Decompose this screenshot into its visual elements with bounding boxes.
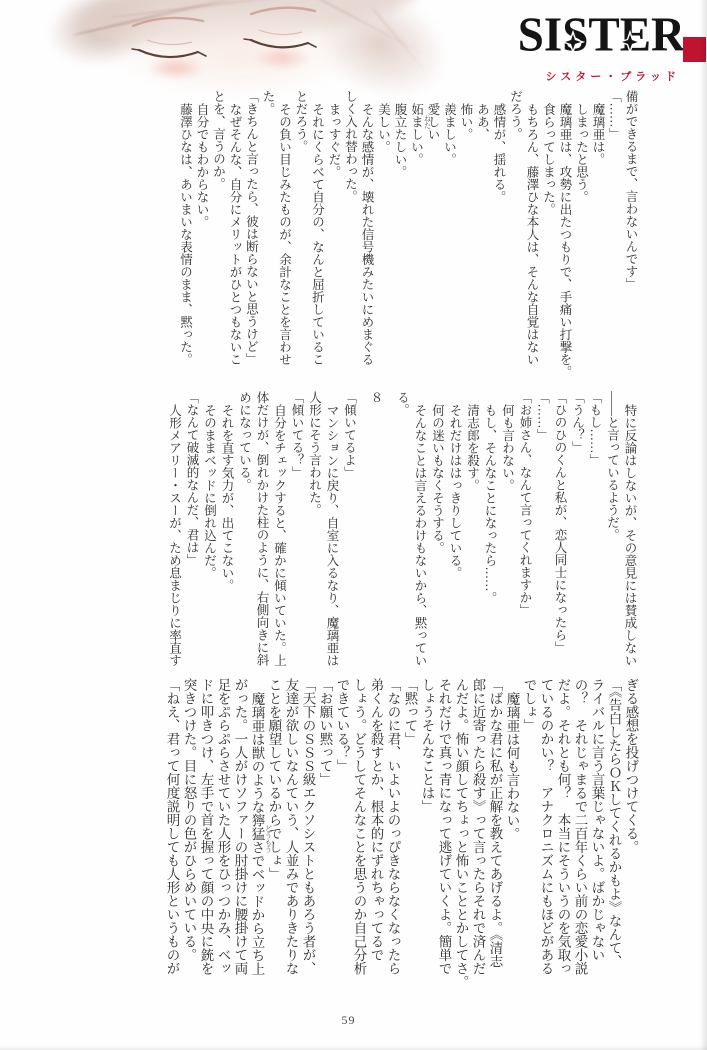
text-line: 「お願い黙って」 bbox=[318, 678, 332, 993]
text-line: 突きつけた。目に怒りの色がひらめいている。 bbox=[182, 678, 196, 993]
text-line: しまったと思う。 bbox=[575, 90, 588, 382]
text-line: 羨ましい。 bbox=[443, 90, 456, 382]
text-line: 弟くんを殺すとか、根本的にずれちゃってるで bbox=[369, 678, 383, 993]
text-line: それだけははっきりしている。 bbox=[449, 391, 462, 669]
text-line: の？ それじゃまるで二百年くらい前の恋愛小説 bbox=[573, 678, 587, 993]
text-line: 魔璃亜は獣のような獰猛さでベッドから立ち上どうもう bbox=[250, 678, 264, 993]
text-line: 足をぷらぷらさせていた人形をひっつかみ、ベッ bbox=[216, 678, 230, 993]
text-line: めになっている。 bbox=[238, 391, 251, 669]
text-line: ライバルに言う言葉じゃないよ。ばかじゃない bbox=[590, 678, 604, 993]
text-line: できている？」 bbox=[335, 678, 349, 993]
text-line: 愛しい bbox=[427, 90, 440, 382]
text-line: しょうそんなことは」 bbox=[420, 678, 434, 993]
text-line: 「天下のＳＳＳ級エクソシストともあろう者が、 bbox=[301, 678, 315, 993]
text-line: とだろう。 bbox=[295, 90, 308, 382]
text-line: そんなことは言えるわけもないから、黙ってい bbox=[414, 391, 427, 669]
text-line: それだけで真っ青になって逃げていくよ。簡単で bbox=[437, 678, 451, 993]
text-line: 郎に近寄ったら殺す》って言ったらそれで済んだ bbox=[471, 678, 485, 993]
text-line: もし、そんなことになったら……。 bbox=[484, 391, 497, 669]
text-line: 藤澤ひなは、あいまいな表情のまま、黙った。 bbox=[179, 90, 192, 382]
text-line: そんな感情が、壊れた信号機みたいにめまぐる bbox=[361, 90, 374, 382]
text-line: んだよ。怖い顔してちょっと怖いこととかしてさ。 bbox=[454, 678, 468, 993]
text-line: ああ、 bbox=[476, 90, 489, 382]
text-line: ぎる感想を投げつけてくる。 bbox=[624, 678, 638, 993]
text-line: なぜそんな、自分にメリットがひとつもないこ bbox=[229, 90, 242, 382]
logo-subtitle: シスター・ブラッド bbox=[546, 68, 680, 84]
text-line: 魔璃亜は。 bbox=[592, 90, 605, 382]
book-page: SISTER シスター・ブラッド 備ができるまで、言わないんです」「……」魔璃亜… bbox=[0, 0, 707, 1050]
text-line: 自分をチェックすると、確かに傾いていた。上 bbox=[273, 391, 286, 669]
text-line: もちろん、藤澤ひな本人は、そんな自覚はない bbox=[526, 90, 539, 382]
text-line: しょう。どうしてそんなことを思うのか自己分析 bbox=[352, 678, 366, 993]
text-line: 魔璃亜は、攻勢に出たつもりで、手痛い打撃を。 bbox=[559, 90, 572, 382]
page-edge-shadow bbox=[700, 0, 707, 1050]
text-line: マンションに戻り、自室に入るなり、魔璃亜は bbox=[326, 391, 339, 669]
text-line: 友達が欲しいなんていう、人並みでありきたりな bbox=[284, 678, 298, 993]
text-line: た。 bbox=[262, 90, 275, 382]
furigana: ねた bbox=[424, 102, 431, 129]
series-logo: SISTER シスター・ブラッド bbox=[489, 10, 707, 98]
page-number: 59 bbox=[0, 1013, 697, 1028]
text-line: 自分でもわからない。 bbox=[196, 90, 209, 382]
text-line: 「……」 bbox=[536, 391, 549, 669]
text-line: 妬ましい。ねた bbox=[410, 90, 423, 382]
text-band-bottom: ぎる感想を投げつけてくる。「《告白したらＯＫしてくれるかもよ》なんて、ライバルに… bbox=[162, 678, 642, 993]
text-line: 「《告白したらＯＫしてくれるかもよ》なんて、 bbox=[607, 678, 621, 993]
text-line: 何も言わない。 bbox=[501, 391, 514, 669]
sparkle-icon bbox=[489, 10, 707, 98]
text-line: 食らってしまった。 bbox=[542, 90, 555, 382]
text-line: 「きちんと言ったら、彼は断らないと思うけど」 bbox=[245, 90, 258, 382]
text-line: 人形にそう言われた。 bbox=[308, 391, 321, 669]
text-line: 腹立たしい。 bbox=[394, 90, 407, 382]
page-edge-shadow bbox=[0, 1045, 707, 1050]
text-line: 「……」 bbox=[608, 90, 621, 382]
text-line: る。 bbox=[396, 391, 409, 669]
text-line: ているのかい？ アナクロニズムにもほどがある bbox=[539, 678, 553, 993]
text-line: 魔璃亜は何も言わない。 bbox=[505, 678, 519, 993]
text-line: ドに叩きつけ、左手で首を握って顔の中央に銃を bbox=[199, 678, 213, 993]
text-line: とを、言うのか。 bbox=[212, 90, 225, 382]
text-line: 体だけが、倒れかけた柱のように、右側向きに斜 bbox=[256, 391, 269, 669]
text-line: 「黙って」 bbox=[403, 678, 417, 993]
text-band-top: 備ができるまで、言わないんです」「……」魔璃亜は。しまったと思う。魔璃亜は、攻勢… bbox=[175, 90, 641, 382]
text-line: だろう。 bbox=[509, 90, 522, 382]
text-line: 「ねえ、君って何度説明しても人形というものが bbox=[165, 678, 179, 993]
text-line: でしょ」 bbox=[522, 678, 536, 993]
text-line: 「傾いてる？」 bbox=[291, 391, 304, 669]
text-line: 「もし……」 bbox=[589, 391, 602, 669]
text-line: 備ができるまで、言わないんです」 bbox=[625, 90, 638, 382]
text-line: 「うん？」 bbox=[571, 391, 584, 669]
furigana: どうもう bbox=[265, 811, 272, 853]
text-line: しく入れ替わった。 bbox=[344, 90, 357, 382]
text-line: 感情が、揺れる。 bbox=[493, 90, 506, 382]
section-number: ８ bbox=[370, 391, 383, 669]
text-line: そのままベッドに倒れ込んだ。 bbox=[203, 391, 216, 669]
text-line: 「お姉さん、なんて言ってくれますか」 bbox=[519, 391, 532, 669]
text-line: 怖い。 bbox=[460, 90, 473, 382]
text-line: だよ。それとも何？ 本当にそういうのを気取っ bbox=[556, 678, 570, 993]
text-line: 人形メアリー・スーが、ため息まじりに率直す bbox=[168, 391, 181, 669]
text-line: 「ばかな君に私が正解を教えてあげるよ。《清志 bbox=[488, 678, 502, 993]
text-line: 何の迷いもなくそうする。 bbox=[431, 391, 444, 669]
text-line: 「ひのひのくんと私が、恋人同士になったら」 bbox=[554, 391, 567, 669]
text-line: その負い目じみたものが、余計なことを言わせ bbox=[278, 90, 291, 382]
text-line: 特に反論はしないが、その意見には賛成しない bbox=[624, 391, 637, 669]
text-line: 「なのに君、いよいよのっぴきならなくなったら bbox=[386, 678, 400, 993]
header-illustration bbox=[55, 0, 445, 102]
text-band-middle: 特に反論はしないが、その意見には賛成しない――と言っているようだ。「もし……」「… bbox=[163, 391, 641, 669]
text-line: 美しい。 bbox=[377, 90, 390, 382]
text-line: 「傾いてるよ」 bbox=[343, 391, 356, 669]
text-line: それにくらべて自分の、なんと屈折しているこ bbox=[311, 90, 324, 382]
text-line: ――と言っているようだ。 bbox=[606, 391, 619, 669]
closed-eyes-icon bbox=[55, 0, 445, 102]
text-line: それを直す気力が、出てこない。 bbox=[221, 391, 234, 669]
text-line: 「なんて破滅的なんだ、君は」 bbox=[186, 391, 199, 669]
text-line: 清志郎を殺す。 bbox=[466, 391, 479, 669]
text-line: がった。一人がけソファーの肘掛けに腰掛けて両 bbox=[233, 678, 247, 993]
text-line: まっすぐだ。 bbox=[328, 90, 341, 382]
